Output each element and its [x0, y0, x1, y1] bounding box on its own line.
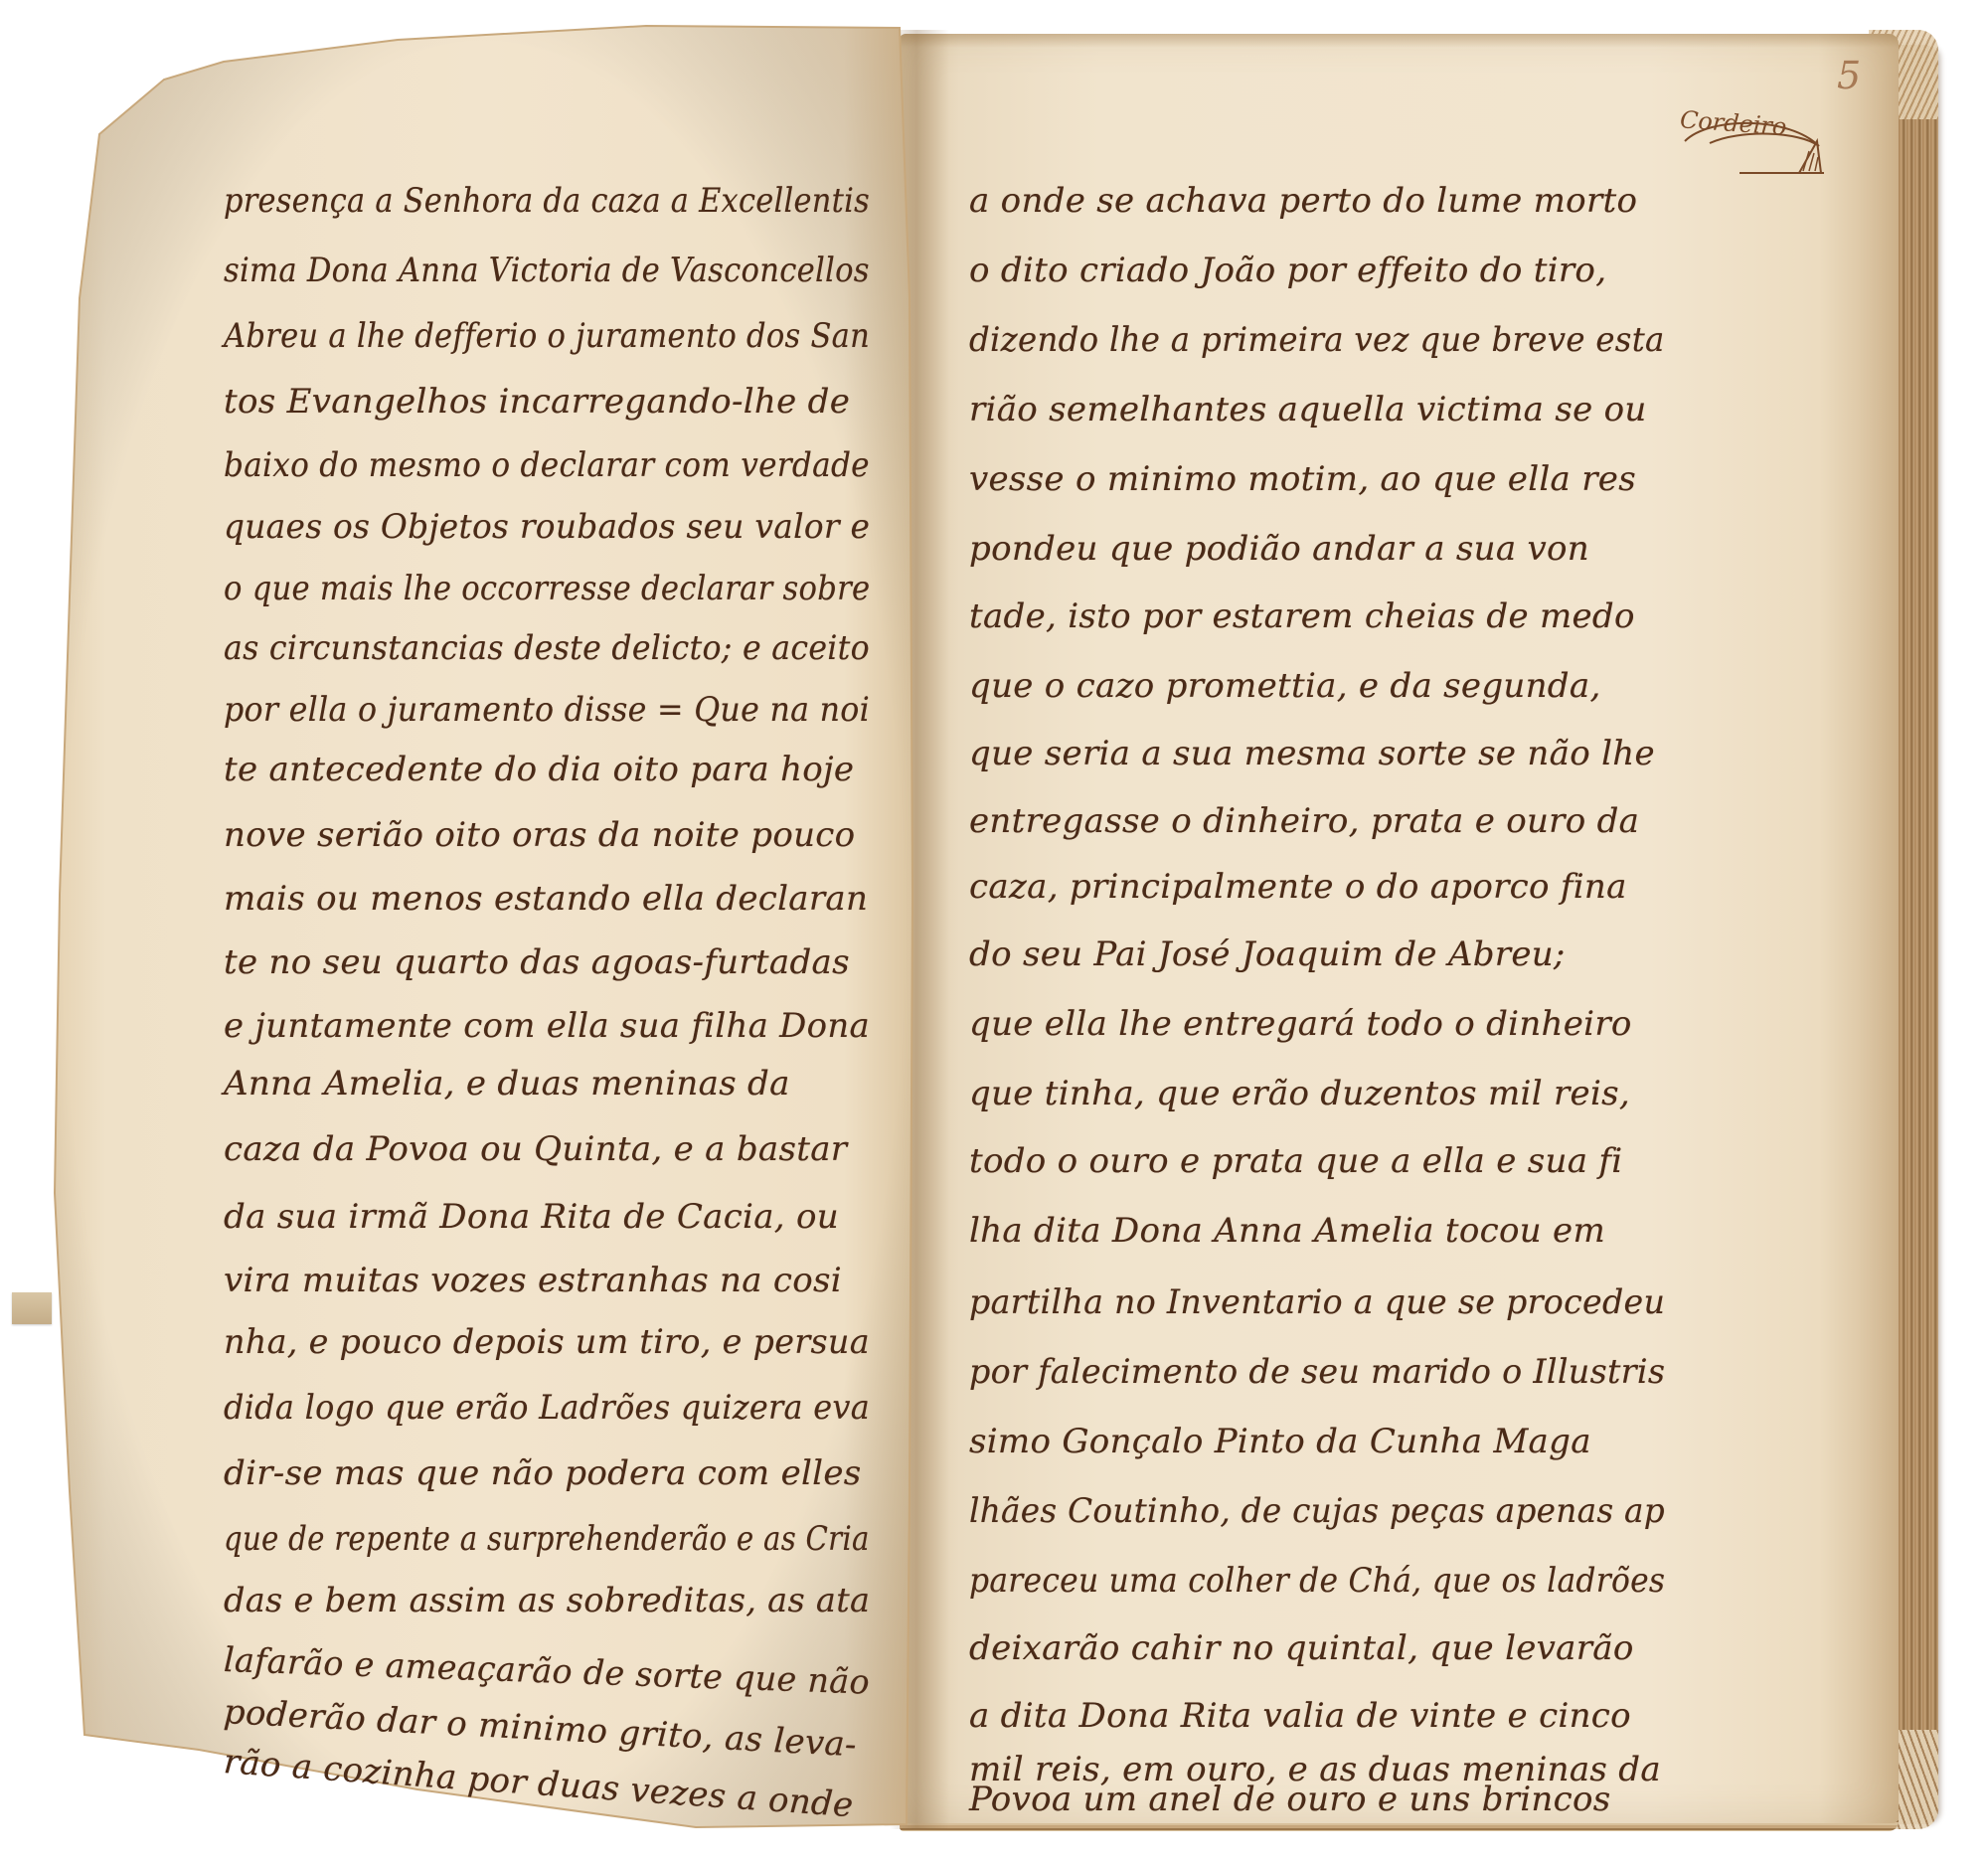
manuscript-line: dizendo lhe a primeira vez que breve est… — [969, 320, 1665, 360]
manuscript-line: quaes os Objetos roubados seu valor e — [224, 507, 870, 547]
manuscript-line: as circunstancias deste delicto; e aceit… — [224, 628, 870, 668]
manuscript-line: nha, e pouco depois um tiro, e persua — [224, 1322, 870, 1362]
manuscript-line: mais ou menos estando ella declaran — [224, 879, 868, 919]
manuscript-line: que seria a sua mesma sorte se não lhe — [969, 734, 1655, 773]
manuscript-line: rião semelhantes aquella victima se ou — [969, 390, 1647, 429]
manuscript-line: Abreu a lhe defferio o juramento dos San — [224, 316, 870, 356]
manuscript-line: que o cazo promettia, e da segunda, — [969, 666, 1601, 706]
manuscript-line: que ella lhe entregará todo o dinheiro — [969, 1004, 1632, 1044]
manuscript-line: baixo do mesmo o declarar com verdade — [224, 445, 870, 485]
manuscript-line: simo Gonçalo Pinto da Cunha Maga — [969, 1422, 1591, 1461]
manuscript-line: nove serião oito oras da noite pouco — [224, 815, 855, 855]
manuscript-line: e juntamente com ella sua filha Dona — [224, 1006, 870, 1046]
manuscript-line: te antecedente do dia oito para hoje — [224, 750, 854, 789]
manuscript-line: lafarão e ameaçarão de sorte que não — [223, 1640, 870, 1703]
manuscript-line: te no seu quarto das agoas-furtadas — [224, 942, 850, 982]
manuscript-line: das e bem assim as sobreditas, as ata — [224, 1581, 870, 1620]
manuscript-line: por falecimento de seu marido o Illustri… — [969, 1352, 1665, 1392]
open-manuscript-book: 5 Cordeiro a onde se achava perto do lum… — [0, 0, 1988, 1867]
manuscript-line: presença a Senhora da caza a Excellentis — [224, 181, 870, 221]
manuscript-line: vesse o minimo motim, ao que ella res — [969, 459, 1636, 499]
manuscript-line: do seu Pai José Joaquim de Abreu; — [969, 934, 1566, 974]
manuscript-line: caza, principalmente o do aporco fina — [969, 867, 1627, 907]
manuscript-line: tade, isto por estarem cheias de medo — [969, 596, 1635, 636]
manuscript-line: caza da Povoa ou Quinta, e a bastar — [224, 1129, 847, 1169]
manuscript-line: dir-se mas que não podera com elles — [224, 1453, 862, 1493]
manuscript-line: vira muitas vozes estranhas na cosi — [224, 1261, 842, 1300]
manuscript-line: partilha no Inventario a que se procedeu — [969, 1282, 1665, 1322]
manuscript-line: Anna Amelia, e duas meninas da — [224, 1064, 790, 1103]
manuscript-line: sima Dona Anna Victoria de Vasconcellos — [224, 251, 870, 290]
manuscript-line: o dito criado João por effeito do tiro, — [969, 251, 1606, 290]
manuscript-line: que de repente a surprehenderão e as Cri… — [224, 1519, 870, 1559]
manuscript-line: a onde se achava perto do lume morto — [969, 181, 1637, 221]
manuscript-line: a dita Dona Rita valia de vinte e cinco — [969, 1696, 1631, 1736]
manuscript-line: pondeu que podião andar a sua von — [969, 529, 1589, 569]
manuscript-line: por ella o juramento disse = Que na noi — [224, 690, 870, 730]
manuscript-line: o que mais lhe occorresse declarar sobre — [224, 569, 870, 608]
manuscript-line: deixarão cahir no quintal, que levarão — [969, 1628, 1634, 1668]
manuscript-line: que tinha, que erão duzentos mil reis, — [969, 1074, 1630, 1113]
manuscript-line: lhães Coutinho, de cujas peças apenas ap — [969, 1491, 1665, 1531]
manuscript-line: pareceu uma colher de Chá, que os ladrõe… — [969, 1561, 1665, 1601]
manuscript-line: entregasse o dinheiro, prata e ouro da — [969, 801, 1639, 841]
manuscript-line: Povoa um anel de ouro e uns brincos — [969, 1780, 1610, 1819]
manuscript-line: todo o ouro e prata que a ella e sua fi — [969, 1141, 1622, 1181]
manuscript-line: tos Evangelhos incarregando-lhe de — [224, 382, 850, 422]
manuscript-line: dida logo que erão Ladrões quizera eva — [224, 1388, 870, 1428]
manuscript-line: da sua irmã Dona Rita de Cacia, ou — [224, 1197, 839, 1237]
left-page-text: presença a Senhora da caza a Excellentis… — [0, 0, 914, 1867]
manuscript-line: lha dita Dona Anna Amelia tocou em — [969, 1211, 1605, 1251]
